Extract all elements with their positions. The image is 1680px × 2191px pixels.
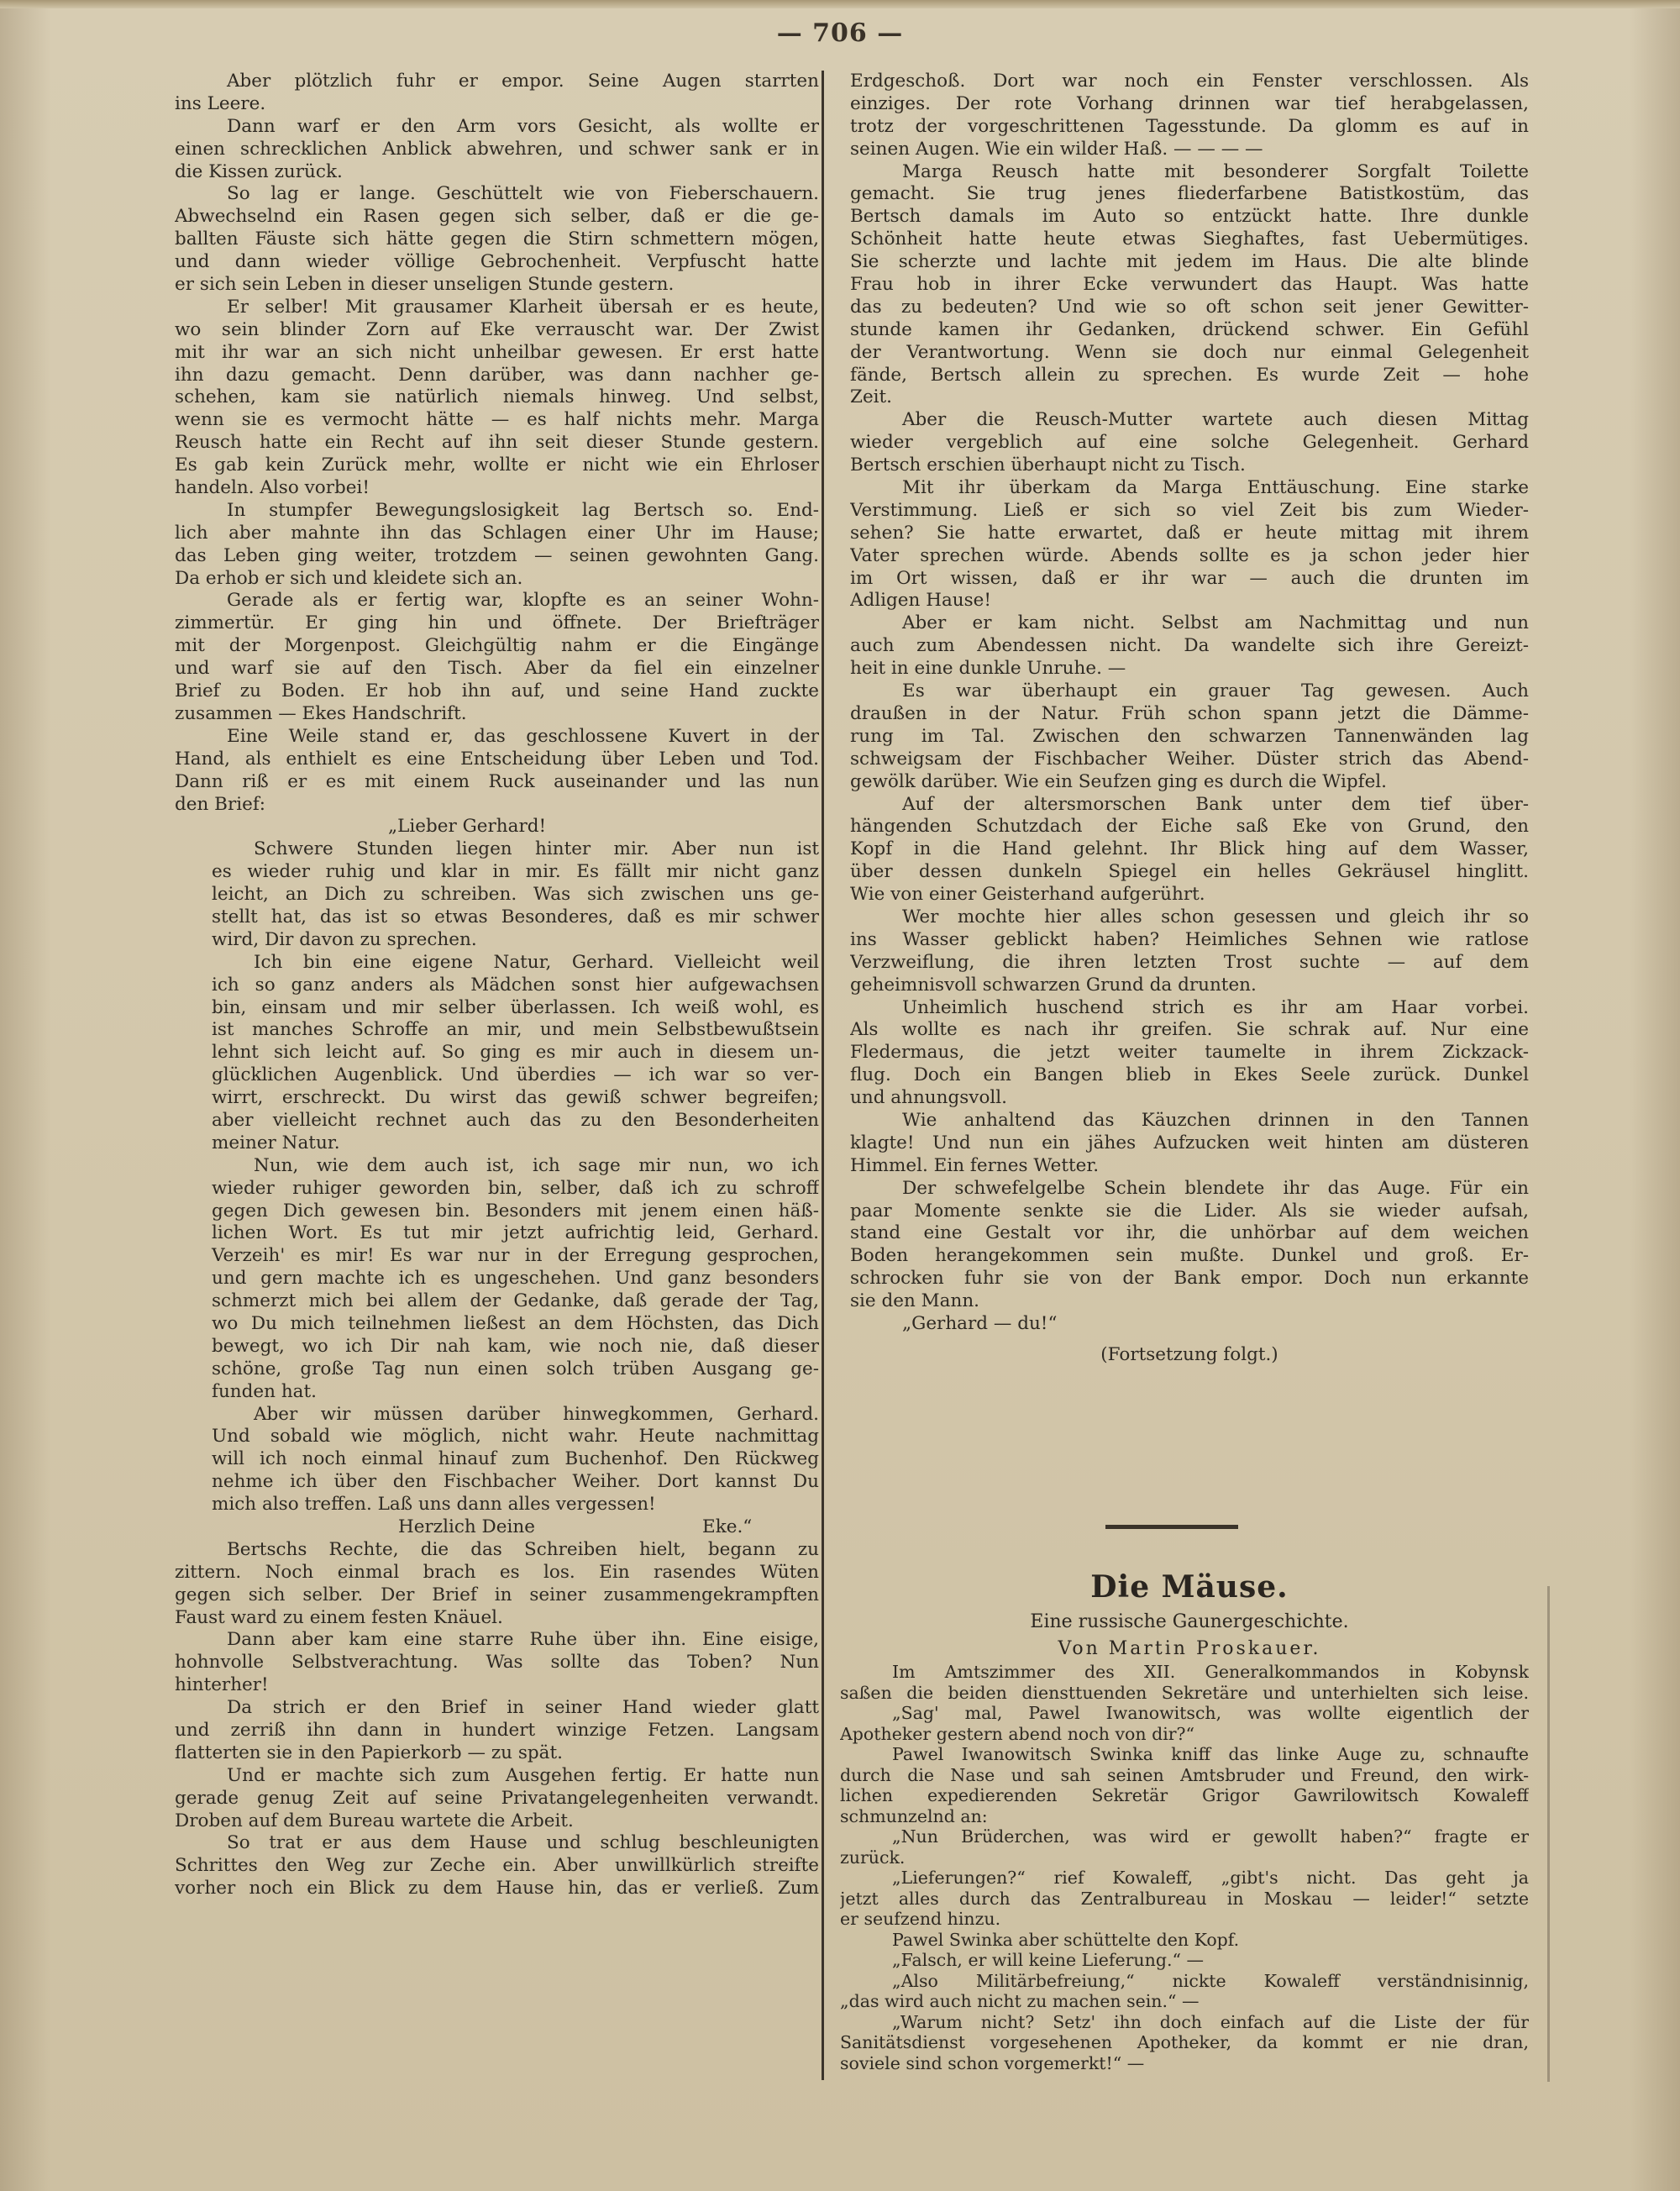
letter-closing: Herzlich Deine: [398, 1516, 535, 1539]
text-line: wo sein blinder Zorn auf Eke verrauscht …: [175, 319, 819, 342]
text-line: „Sag' mal, Pawel Iwanowitsch, was wollte…: [840, 1703, 1529, 1724]
text-line: schmerzt mich bei allem der Gedanke, daß…: [175, 1290, 819, 1313]
text-line: einziges. Der rote Vorhang drinnen war t…: [850, 93, 1529, 116]
text-line: es wieder ruhig und klar in mir. Es fäll…: [175, 861, 819, 884]
story-title: Die Mäuse.: [850, 1569, 1529, 1605]
text-line: Verstimmung. Ließ er sich so viel Zeit b…: [850, 500, 1529, 523]
text-line: zimmertür. Er ging hin und öffnete. Der …: [175, 612, 819, 635]
text-line: Marga Reusch hatte mit besonderer Sorgfa…: [850, 161, 1529, 184]
text-line: Schwere Stunden liegen hinter mir. Aber …: [175, 838, 819, 861]
text-line: Zeit.: [850, 386, 1529, 409]
text-line: ich so ganz anders als Mädchen sonst hie…: [175, 975, 819, 997]
text-line: das Leben ging weiter, trotzdem — seinen…: [175, 545, 819, 568]
text-line: lehnt sich leicht auf. So ging es mir au…: [175, 1042, 819, 1064]
text-line: Sanitätsdienst vorgesehenen Apotheker, d…: [840, 2032, 1529, 2053]
text-line: Aber er kam nicht. Selbst am Nachmittag …: [850, 612, 1529, 635]
text-line: handeln. Also vorbei!: [175, 477, 819, 500]
text-line: schweigsam der Fischbacher Weiher. Düste…: [850, 749, 1529, 771]
text-line: leicht, an Dich zu schreiben. Was sich z…: [175, 884, 819, 906]
story-separator-rule: [1105, 1525, 1238, 1529]
text-line: gerade genug Zeit auf seine Privatangele…: [175, 1788, 819, 1810]
text-line: vorher noch ein Blick zu dem Hause hin, …: [175, 1878, 819, 1900]
text-line: ist manches Schroffe an mir, und mein Se…: [175, 1019, 819, 1042]
text-line: auch zum Abendessen nicht. Da wandelte s…: [850, 635, 1529, 658]
text-line: schrocken fuhr sie von der Bank empor. D…: [850, 1268, 1529, 1290]
text-line: So trat er aus dem Hause und schlug besc…: [175, 1832, 819, 1855]
text-line: im Ort wissen, daß er ihr war — auch die…: [850, 568, 1529, 591]
text-line: fände, Bertsch allein zu sprechen. Es wu…: [850, 365, 1529, 387]
text-line: trotz der vorgeschrittenen Tagesstunde. …: [850, 116, 1529, 139]
text-line: wird, Dir davon zu sprechen.: [175, 929, 819, 952]
text-line: und ahnungsvoll.: [850, 1087, 1529, 1110]
text-line: stand eine Gestalt vor ihr, die unhörbar…: [850, 1222, 1529, 1245]
text-line: Abwechselnd ein Rasen gegen sich selber,…: [175, 206, 819, 229]
text-line: Kopf in die Hand gelehnt. Ihr Blick hing…: [850, 838, 1529, 861]
text-line: zittern. Noch einmal brach es los. Ein r…: [175, 1562, 819, 1584]
left-column-text: Aber plötzlich fuhr er empor. Seine Auge…: [175, 71, 819, 1900]
text-line: flatterten sie in den Papierkorb — zu sp…: [175, 1742, 819, 1765]
text-line: schöne, große Tag nun einen solch trüben…: [175, 1358, 819, 1381]
text-line: Fledermaus, die jetzt weiter taumelte in…: [850, 1042, 1529, 1064]
text-line: und dann wieder völlige Gebrochenheit. V…: [175, 251, 819, 274]
text-line: „Nun Brüderchen, was wird er gewollt hab…: [840, 1826, 1529, 1847]
text-line: Nun, wie dem auch ist, ich sage mir nun,…: [175, 1155, 819, 1178]
text-line: Bertsch erschien überhaupt nicht zu Tisc…: [850, 454, 1529, 477]
text-line: er seufzend hinzu.: [840, 1909, 1529, 1930]
text-line: In stumpfer Bewegungslosigkeit lag Berts…: [175, 500, 819, 523]
text-line: und gern machte ich es ungeschehen. Und …: [175, 1268, 819, 1290]
letter-signature: Eke.“: [702, 1516, 752, 1539]
text-line: Als wollte es nach ihr greifen. Sie schr…: [850, 1019, 1529, 1042]
text-line: Da erhob er sich und kleidete sich an.: [175, 568, 819, 591]
text-line: Faust ward zu einem festen Knäuel.: [175, 1607, 819, 1630]
text-line: Vater sprechen würde. Abends sollte es j…: [850, 545, 1529, 568]
text-line: „das wird auch nicht zu machen sein.“ —: [840, 1991, 1529, 2012]
text-line: Adligen Hause!: [850, 590, 1529, 612]
text-line: Auf der altersmorschen Bank unter dem ti…: [850, 794, 1529, 817]
text-line: Im Amtszimmer des XII. Generalkommandos …: [840, 1662, 1529, 1683]
text-line: Verzweiflung, die ihren letzten Trost su…: [850, 952, 1529, 975]
text-line: Und sobald wie möglich, nicht wahr. Heut…: [175, 1426, 819, 1448]
text-line: soviele sind schon vorgemerkt!“ —: [840, 2053, 1529, 2074]
text-line: mich also treffen. Laß uns dann alles ve…: [175, 1494, 819, 1516]
text-line: Sie scherzte und lachte mit jedem im Hau…: [850, 251, 1529, 274]
story-subtitle: Eine russische Gaunergeschichte.: [850, 1611, 1529, 1632]
text-line: saßen die beiden diensttuenden Sekretäre…: [840, 1683, 1529, 1704]
text-line: Bertsch damals im Auto so entzückt hatte…: [850, 206, 1529, 229]
text-line: meiner Natur.: [175, 1132, 819, 1155]
text-line: wo Du mich teilnehmen ließest an dem Höc…: [175, 1313, 819, 1336]
text-line: Schrittes den Weg zur Zeche ein. Aber un…: [175, 1855, 819, 1878]
text-line: ihn dazu gemacht. Denn darüber, was dann…: [175, 365, 819, 387]
text-line: wieder ruhiger geworden bin, selber, daß…: [175, 1178, 819, 1201]
text-line: Apotheker gestern abend noch von dir?“: [840, 1724, 1529, 1745]
text-line: Schönheit hatte heute etwas Sieghaftes, …: [850, 229, 1529, 251]
text-line: Unheimlich huschend strich es ihr am Haa…: [850, 997, 1529, 1020]
text-line: über dessen dunkeln Spiegel ein helles G…: [850, 861, 1529, 884]
text-line: sehen? Sie hatte erwartet, daß er heute …: [850, 523, 1529, 545]
newspaper-page: — 706 — Aber plötzlich fuhr er empor. Se…: [0, 0, 1680, 2191]
text-line: hinterher!: [175, 1674, 819, 1697]
text-line: glücklichen Augenblick. Und überdies — i…: [175, 1064, 819, 1087]
story-author: Von Martin Proskauer.: [850, 1638, 1529, 1659]
text-line: Dann warf er den Arm vors Gesicht, als w…: [175, 116, 819, 139]
text-line: Gerade als er fertig war, klopfte es an …: [175, 590, 819, 612]
text-line: schmunzelnd an:: [840, 1806, 1529, 1827]
text-line: wieder vergeblich auf eine solche Gelege…: [850, 432, 1529, 454]
text-line: nehme ich über den Fischbacher Weiher. D…: [175, 1471, 819, 1494]
text-line: Verzeih' es mir! Es war nur in der Erreg…: [175, 1245, 819, 1268]
text-line: Mit ihr überkam da Marga Enttäuschung. E…: [850, 477, 1529, 500]
text-line: Es war überhaupt ein grauer Tag gewesen.…: [850, 680, 1529, 703]
text-line: lich aber mahnte ihn das Schlagen einer …: [175, 523, 819, 545]
text-line: Ich bin eine eigene Natur, Gerhard. Viel…: [175, 952, 819, 975]
text-line: Hand, als enthielt es eine Entscheidung …: [175, 749, 819, 771]
text-line: er sich sein Leben in dieser unseligen S…: [175, 274, 819, 297]
text-line: Boden herangekommen sein mußte. Dunkel u…: [850, 1245, 1529, 1268]
text-line: Bertschs Rechte, die das Schreiben hielt…: [175, 1539, 819, 1562]
text-line: „Gerhard — du!“: [850, 1313, 1529, 1336]
text-line: „Lieferungen?“ rief Kowaleff, „gibt's ni…: [840, 1868, 1529, 1889]
text-line: Und er machte sich zum Ausgehen fertig. …: [175, 1765, 819, 1788]
text-line: Dann riß er es mit einem Ruck auseinande…: [175, 771, 819, 794]
text-line: und warf sie auf den Tisch. Aber da fiel…: [175, 658, 819, 680]
text-line: stellt hat, das ist so etwas Besonderes,…: [175, 906, 819, 929]
page-number: — 706 —: [0, 18, 1680, 48]
text-line: draußen in der Natur. Früh schon spann j…: [850, 703, 1529, 726]
text-line: wirrt, erschreckt. Du wirst das gewiß sc…: [175, 1087, 819, 1110]
text-line: geheimnisvoll schwarzen Grund da drunten…: [850, 975, 1529, 997]
text-line: lichen expedierenden Sekretär Grigor Gaw…: [840, 1785, 1529, 1806]
text-line: wenn sie es vermocht hätte — es half nic…: [175, 409, 819, 432]
text-line: „Warum nicht? Setz' ihn doch einfach auf…: [840, 2012, 1529, 2033]
column-divider: [822, 71, 824, 2080]
text-line: hängenden Schutzdach der Eiche saß Eke v…: [850, 816, 1529, 838]
text-line: rung im Tal. Zwischen den schwarzen Tann…: [850, 726, 1529, 749]
text-line: Pawel Iwanowitsch Swinka kniff das linke…: [840, 1744, 1529, 1765]
text-line: die Kissen zurück.: [175, 161, 819, 184]
text-line: jetzt alles durch das Zentralbureau in M…: [840, 1889, 1529, 1910]
text-line: sie den Mann.: [850, 1290, 1529, 1313]
text-line: Wer mochte hier alles schon gesessen und…: [850, 906, 1529, 929]
text-line: gewölk darüber. Wie ein Seufzen ging es …: [850, 771, 1529, 794]
text-line: Aber wir müssen darüber hinwegkommen, Ge…: [175, 1404, 819, 1427]
text-line: Erdgeschoß. Dort war noch ein Fenster ve…: [850, 71, 1529, 93]
text-line: „Lieber Gerhard!: [175, 816, 819, 838]
text-line: gegen Dich gewesen bin. Besonders mit je…: [175, 1201, 819, 1223]
text-line: Wie von einer Geisterhand aufgerührt.: [850, 884, 1529, 906]
text-line: heit in eine dunkle Unruhe. —: [850, 658, 1529, 680]
text-line: schehen, kam sie natürlich niemals hinwe…: [175, 386, 819, 409]
text-line: ins Leere.: [175, 93, 819, 116]
text-line: bin, einsam und mir selber überlassen. I…: [175, 997, 819, 1020]
text-line: Dann aber kam eine starre Ruhe über ihn.…: [175, 1629, 819, 1652]
text-line: einen schrecklichen Anblick abwehren, un…: [175, 139, 819, 161]
text-line: Brief zu Boden. Er hob ihn auf, und sein…: [175, 680, 819, 703]
text-line: das zu bedeuten? Und wie so oft schon se…: [850, 297, 1529, 319]
text-line: gemacht. Sie trug jenes fliederfarbene B…: [850, 183, 1529, 206]
right-margin-rule: [1547, 1586, 1550, 2082]
text-line: Aber plötzlich fuhr er empor. Seine Auge…: [175, 71, 819, 93]
text-line: Himmel. Ein fernes Wetter.: [850, 1155, 1529, 1178]
text-line: funden hat.: [175, 1381, 819, 1404]
text-line: „Also Militärbefreiung,“ nickte Kowaleff…: [840, 1971, 1529, 1992]
text-line: hohnvolle Selbstverachtung. Was sollte d…: [175, 1652, 819, 1674]
page-top-edge: [0, 0, 1680, 8]
text-line: durch die Nase und sah seinen Amtsbruder…: [840, 1765, 1529, 1786]
text-line: mit ihr war an sich nicht unheilbar gewe…: [175, 342, 819, 365]
continuation-note: (Fortsetzung folgt.): [850, 1344, 1529, 1367]
text-line: Pawel Swinka aber schüttelte den Kopf.: [840, 1930, 1529, 1951]
text-line: Reusch hatte ein Recht auf ihn seit dies…: [175, 432, 819, 454]
new-story-text: Im Amtszimmer des XII. Generalkommandos …: [840, 1662, 1529, 2073]
text-line: Wie anhaltend das Käuzchen drinnen in de…: [850, 1110, 1529, 1132]
text-line: den Brief:: [175, 794, 819, 817]
text-line: So lag er lange. Geschüttelt wie von Fie…: [175, 183, 819, 206]
text-line: Herzlich DeineEke.“: [175, 1516, 819, 1539]
text-line: aber vielleicht rechnet auch das zu den …: [175, 1110, 819, 1132]
text-line: mit der Morgenpost. Gleichgültig nahm er…: [175, 635, 819, 658]
text-line: seinen Augen. Wie ein wilder Haß. — — — …: [850, 139, 1529, 161]
text-line: zusammen — Ekes Handschrift.: [175, 703, 819, 726]
text-line: zurück.: [840, 1847, 1529, 1868]
text-line: Frau hob in ihrer Ecke verwundert das Ha…: [850, 274, 1529, 297]
text-line: ins Wasser geblickt haben? Heimliches Se…: [850, 929, 1529, 952]
text-line: lichen Wort. Es tut mir jetzt aufrichtig…: [175, 1222, 819, 1245]
text-line: paar Momente senkte sie die Lider. Als s…: [850, 1201, 1529, 1223]
right-column-text: Erdgeschoß. Dort war noch ein Fenster ve…: [850, 71, 1529, 1367]
text-line: Da strich er den Brief in seiner Hand wi…: [175, 1697, 819, 1720]
text-line: „Falsch, er will keine Lieferung.“ —: [840, 1950, 1529, 1971]
text-line: ballten Fäuste sich hätte gegen die Stir…: [175, 229, 819, 251]
text-line: der Verantwortung. Wenn sie doch nur ein…: [850, 342, 1529, 365]
text-line: klagte! Und nun ein jähes Aufzucken weit…: [850, 1132, 1529, 1155]
text-line: will ich noch einmal hinauf zum Buchenho…: [175, 1448, 819, 1471]
text-line: Aber die Reusch-Mutter wartete auch dies…: [850, 409, 1529, 432]
text-line: Er selber! Mit grausamer Klarheit übersa…: [175, 297, 819, 319]
text-line: Eine Weile stand er, das geschlossene Ku…: [175, 726, 819, 749]
text-line: stunde kamen ihr Gedanken, drückend schw…: [850, 319, 1529, 342]
text-line: gegen sich selber. Der Brief in seiner z…: [175, 1584, 819, 1607]
text-line: bewegt, wo ich Dir nah kam, wie noch nie…: [175, 1336, 819, 1358]
text-line: und zerriß ihn dann in hundert winzige F…: [175, 1720, 819, 1742]
text-line: Droben auf dem Bureau wartete die Arbeit…: [175, 1810, 819, 1833]
text-line: Es gab kein Zurück mehr, wollte er nicht…: [175, 454, 819, 477]
text-line: Der schwefelgelbe Schein blendete ihr da…: [850, 1178, 1529, 1201]
text-line: flug. Doch ein Bangen blieb in Ekes Seel…: [850, 1064, 1529, 1087]
